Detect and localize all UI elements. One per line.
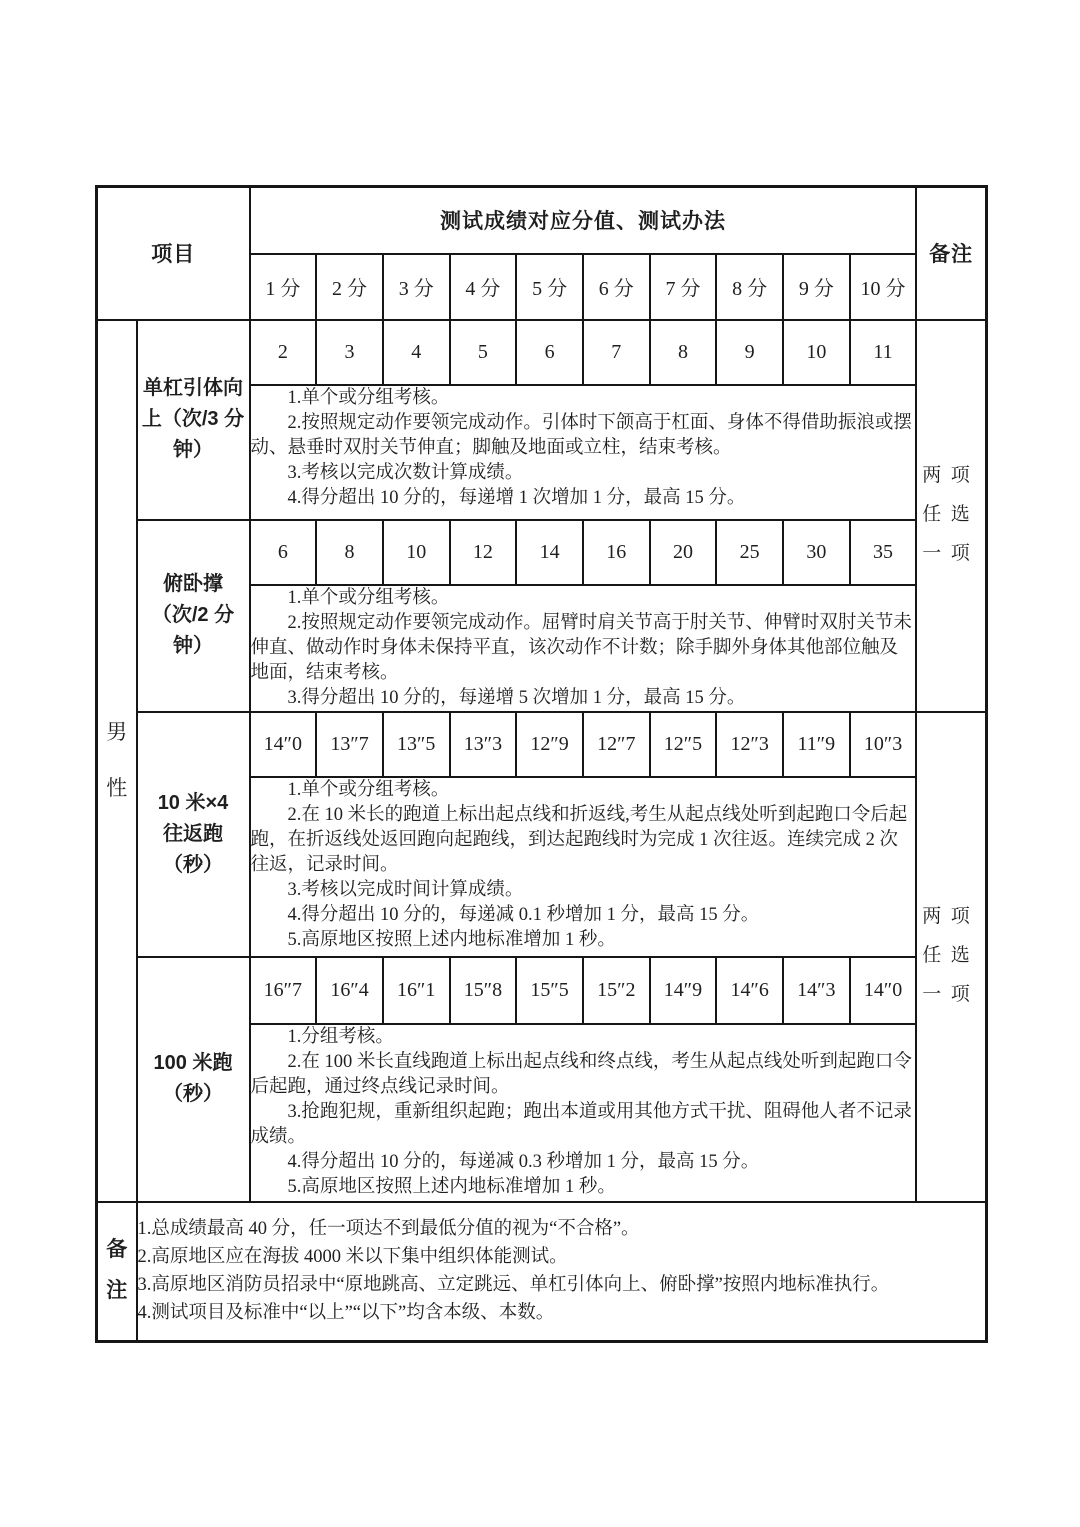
value-cell: 20 <box>650 520 717 585</box>
header-item-col: 项目 <box>97 187 250 320</box>
header-remark-col: 备注 <box>916 187 986 320</box>
method-step: 1.分组考核。 <box>251 1025 916 1050</box>
score-level-3: 3 分 <box>383 254 450 320</box>
score-level-7: 7 分 <box>650 254 717 320</box>
gender-male-cell: 男性 <box>97 320 137 1202</box>
choice-note-bottom: 两项任选一项 <box>920 898 982 1015</box>
item-pullups-cell: 单杠引体向 上（次/3 分 钟） <box>137 320 250 520</box>
value-cell: 9 <box>716 320 783 385</box>
score-level-8: 8 分 <box>716 254 783 320</box>
method-step: 3.抢跑犯规，重新组织起跑；跑出本道或用其他方式干扰、阻碍他人者不记录成绩。 <box>251 1100 916 1150</box>
value-cell: 12″7 <box>583 712 650 777</box>
header-row-1: 项目 测试成绩对应分值、测试办法 备注 <box>97 187 987 254</box>
value-cell: 14″0 <box>250 712 317 777</box>
method-step: 1.单个或分组考核。 <box>251 386 916 411</box>
choice-note-top-cell: 两项任选一项 <box>916 320 986 712</box>
footer-remarks-label-cell: 备注 <box>97 1202 137 1342</box>
value-cell: 15″8 <box>450 957 517 1024</box>
value-cell: 13″7 <box>316 712 383 777</box>
value-cell: 14″0 <box>850 957 917 1024</box>
value-cell: 5 <box>450 320 517 385</box>
value-cell: 8 <box>316 520 383 585</box>
values-row-100m-run: 100 米跑 （秒） 16″7 16″4 16″1 15″8 15″5 15″2… <box>97 957 987 1024</box>
value-cell: 13″3 <box>450 712 517 777</box>
value-cell: 14″3 <box>783 957 850 1024</box>
score-level-4: 4 分 <box>450 254 517 320</box>
header-score-methods: 测试成绩对应分值、测试办法 <box>250 187 917 254</box>
footer-remarks-cell: 1.总成绩最高 40 分，任一项达不到最低分值的视为“不合格”。 2.高原地区应… <box>137 1202 987 1342</box>
method-step: 2.在 10 米长的跑道上标出起点线和折返线,考生从起点线处听到起跑口令后起跑，… <box>251 803 916 878</box>
choice-note-top: 两项任选一项 <box>920 457 982 574</box>
value-cell: 35 <box>850 520 917 585</box>
method-step: 2.按照规定动作要领完成动作。引体时下颌高于杠面、身体不得借助振浪或摆动、悬垂时… <box>251 411 916 461</box>
value-cell: 12″3 <box>716 712 783 777</box>
value-cell: 15″2 <box>583 957 650 1024</box>
value-cell: 12″5 <box>650 712 717 777</box>
value-cell: 14 <box>516 520 583 585</box>
choice-note-bottom-cell: 两项任选一项 <box>916 712 986 1202</box>
value-cell: 10 <box>783 320 850 385</box>
value-cell: 16″4 <box>316 957 383 1024</box>
values-row-pullups: 男性 单杠引体向 上（次/3 分 钟） 2 3 4 5 6 7 8 9 10 1… <box>97 320 987 385</box>
value-cell: 12″9 <box>516 712 583 777</box>
method-cell-pullups: 1.单个或分组考核。 2.按照规定动作要领完成动作。引体时下颌高于杠面、身体不得… <box>250 385 917 520</box>
values-row-pushups: 俯卧撑 （次/2 分 钟） 6 8 10 12 14 16 20 25 30 3… <box>97 520 987 585</box>
footer-remarks-label: 备注 <box>106 1230 128 1312</box>
value-cell: 4 <box>383 320 450 385</box>
method-step: 2.在 100 米长直线跑道上标出起点线和终点线，考生从起点线处听到起跑口令后起… <box>251 1050 916 1100</box>
method-step: 3.考核以完成次数计算成绩。 <box>251 461 916 486</box>
value-cell: 8 <box>650 320 717 385</box>
value-cell: 25 <box>716 520 783 585</box>
footer-note: 3.高原地区消防员招录中“原地跳高、立定跳远、单杠引体向上、俯卧撑”按照内地标准… <box>138 1271 985 1299</box>
value-cell: 30 <box>783 520 850 585</box>
value-cell: 14″9 <box>650 957 717 1024</box>
fitness-score-table: 项目 测试成绩对应分值、测试办法 备注 1 分 2 分 3 分 4 分 5 分 … <box>95 185 988 1343</box>
value-cell: 7 <box>583 320 650 385</box>
score-level-9: 9 分 <box>783 254 850 320</box>
method-step: 1.单个或分组考核。 <box>251 586 916 611</box>
gender-male-label: 男性 <box>106 705 128 816</box>
method-cell-shuttle-run: 1.单个或分组考核。 2.在 10 米长的跑道上标出起点线和折返线,考生从起点线… <box>250 777 917 957</box>
method-step: 2.按照规定动作要领完成动作。屈臂时肩关节高于肘关节、伸臂时双肘关节未伸直、做动… <box>251 611 916 686</box>
method-step: 4.得分超出 10 分的，每递减 0.1 秒增加 1 分，最高 15 分。 <box>251 903 916 928</box>
value-cell: 16 <box>583 520 650 585</box>
item-shuttle-run-label: 10 米×4 往返跑 （秒） <box>138 788 249 881</box>
score-level-1: 1 分 <box>250 254 317 320</box>
value-cell: 16″1 <box>383 957 450 1024</box>
item-pushups-label: 俯卧撑 （次/2 分 钟） <box>138 569 249 662</box>
footer-remarks-row: 备注 1.总成绩最高 40 分，任一项达不到最低分值的视为“不合格”。 2.高原… <box>97 1202 987 1342</box>
value-cell: 2 <box>250 320 317 385</box>
value-cell: 12 <box>450 520 517 585</box>
method-step: 3.考核以完成时间计算成绩。 <box>251 878 916 903</box>
item-pullups-label: 单杠引体向 上（次/3 分 钟） <box>138 373 249 466</box>
method-step: 5.高原地区按照上述内地标准增加 1 秒。 <box>251 1175 916 1200</box>
score-level-5: 5 分 <box>516 254 583 320</box>
method-cell-pushups: 1.单个或分组考核。 2.按照规定动作要领完成动作。屈臂时肩关节高于肘关节、伸臂… <box>250 585 917 712</box>
value-cell: 11 <box>850 320 917 385</box>
method-cell-100m-run: 1.分组考核。 2.在 100 米长直线跑道上标出起点线和终点线，考生从起点线处… <box>250 1024 917 1202</box>
value-cell: 11″9 <box>783 712 850 777</box>
value-cell: 16″7 <box>250 957 317 1024</box>
method-step: 4.得分超出 10 分的，每递增 1 次增加 1 分，最高 15 分。 <box>251 486 916 511</box>
value-cell: 15″5 <box>516 957 583 1024</box>
footer-note: 1.总成绩最高 40 分，任一项达不到最低分值的视为“不合格”。 <box>138 1215 985 1243</box>
item-pushups-cell: 俯卧撑 （次/2 分 钟） <box>137 520 250 712</box>
value-cell: 14″6 <box>716 957 783 1024</box>
value-cell: 10″3 <box>850 712 917 777</box>
score-level-6: 6 分 <box>583 254 650 320</box>
footer-note: 4.测试项目及标准中“以上”“以下”均含本级、本数。 <box>138 1299 985 1327</box>
value-cell: 3 <box>316 320 383 385</box>
method-step: 1.单个或分组考核。 <box>251 778 916 803</box>
value-cell: 6 <box>516 320 583 385</box>
value-cell: 6 <box>250 520 317 585</box>
method-step: 5.高原地区按照上述内地标准增加 1 秒。 <box>251 928 916 953</box>
value-cell: 10 <box>383 520 450 585</box>
score-level-2: 2 分 <box>316 254 383 320</box>
item-100m-run-cell: 100 米跑 （秒） <box>137 957 250 1202</box>
method-step: 4.得分超出 10 分的，每递减 0.3 秒增加 1 分，最高 15 分。 <box>251 1150 916 1175</box>
values-row-shuttle-run: 10 米×4 往返跑 （秒） 14″0 13″7 13″5 13″3 12″9 … <box>97 712 987 777</box>
item-shuttle-run-cell: 10 米×4 往返跑 （秒） <box>137 712 250 957</box>
method-step: 3.得分超出 10 分的，每递增 5 次增加 1 分，最高 15 分。 <box>251 686 916 711</box>
value-cell: 13″5 <box>383 712 450 777</box>
footer-note: 2.高原地区应在海拔 4000 米以下集中组织体能测试。 <box>138 1243 985 1271</box>
item-100m-run-label: 100 米跑 （秒） <box>138 1048 249 1110</box>
score-level-10: 10 分 <box>850 254 917 320</box>
